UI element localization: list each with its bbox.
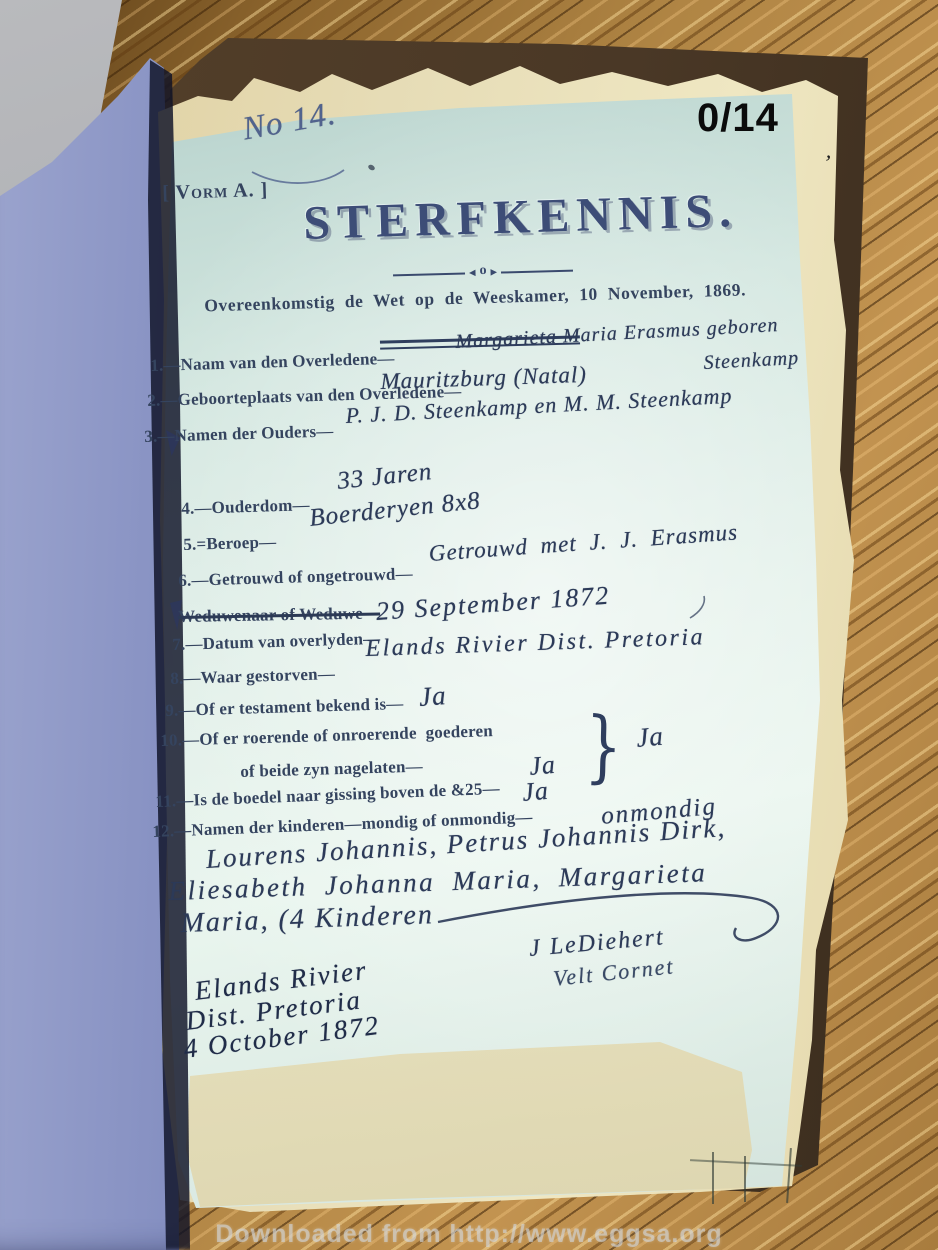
field-10-label: 10.—Of er roerende of onroerende goedere… [160,721,493,751]
field-10-brace: } [584,699,623,792]
page-title: STERFKENNIS. [230,181,811,253]
ornamental-divider: ◂ o ▸ [393,264,573,282]
case-number-handwritten: No 14. [240,96,339,149]
field-4-label: 4.—Ouderdom— [181,495,310,519]
page-indicator-overlay: 0/14 [697,96,779,141]
field-11-label: 11.—Is de boedel naar gissing boven de &… [155,779,500,812]
field-10-label-cont: of beide zyn nagelaten— [240,757,423,782]
field-7-answer: 29 September 1872 [375,581,611,627]
field-3-label: 3.—Namen der Ouders— [144,421,334,447]
field-6-struck-label: Weduwenaar of Weduwe— [178,603,380,627]
field-4-answer: 33 Jaren [336,458,434,496]
field-8-answer: Elands Rivier Dist. Pretoria [365,624,706,663]
field-6-label: 6.—Getrouwd of ongetrouwd— [178,564,413,591]
field-10-answer: Ja [635,721,665,754]
divider-arrow-right-icon: ▸ [490,266,497,279]
field-1-label: 1.—Naam van den Overledene— [150,349,395,376]
divider-line [393,272,465,276]
field-9-answer: Ja [418,680,448,713]
field-9-label: 9.—Of er testament bekend is— [165,694,404,721]
field-11-answer: Ja [521,776,550,808]
divider-line [501,269,573,273]
field-5-label: 5.=Beroep— [183,532,277,555]
law-reference-line: Overeenkomstig de Wet op de Weeskamer, 1… [185,279,765,317]
field-7-label: 7.—Datum van overlyden— [172,629,381,655]
field-8-label: 8.—Waar gestorven— [170,664,335,689]
photo-scene: ’ No 14. [ Vorm A. ] STERFKENNIS. ◂ o ▸ … [0,0,938,1250]
watermark-text: Downloaded from http://www.eggsa.org [0,1220,938,1249]
field-1-answer-cont: Steenkamp [703,347,800,375]
form-content: No 14. [ Vorm A. ] STERFKENNIS. ◂ o ▸ Ov… [0,0,938,1250]
field-6-answer: Getrouwd met J. J. Erasmus [428,519,739,567]
field-1-answer: Margarieta Maria Erasmus geboren [455,314,779,354]
field-2-answer: Mauritzburg (Natal) [380,362,587,395]
divider-center: o [479,264,486,278]
field-5-answer: Boerderyen 8x8 [308,487,482,533]
divider-arrow-left-icon: ◂ [469,266,476,279]
